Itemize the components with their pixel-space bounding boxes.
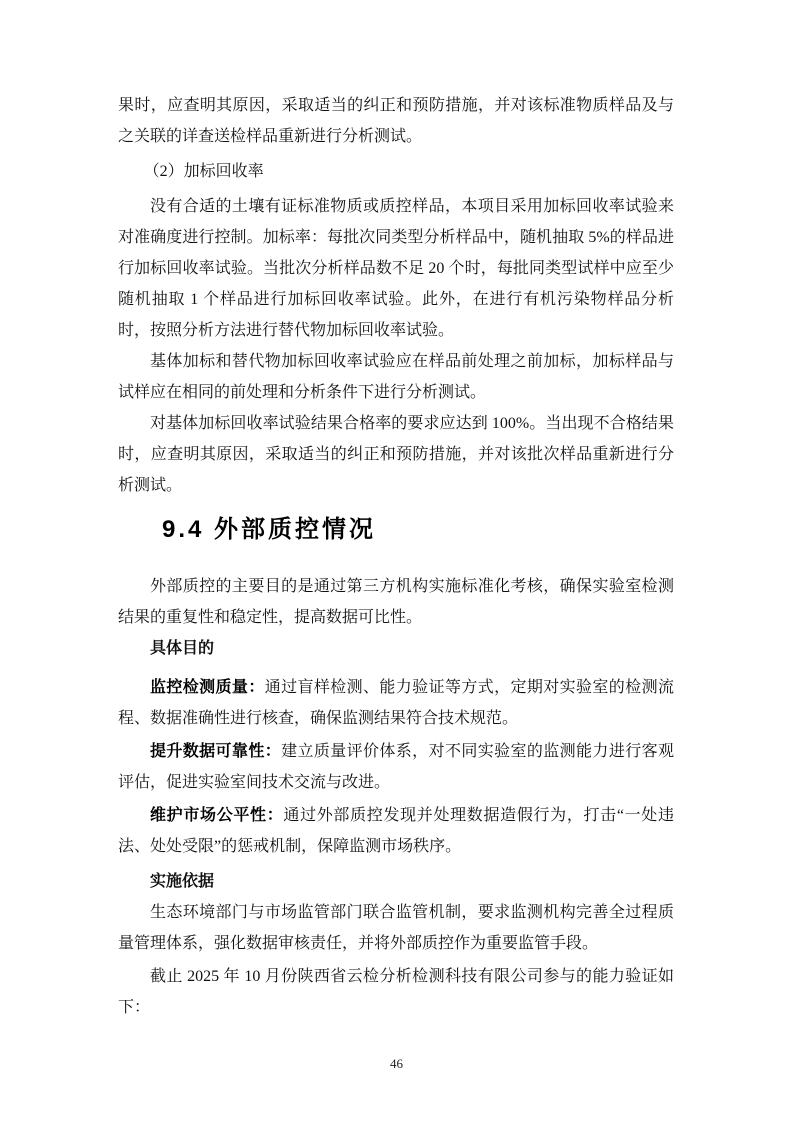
paragraph-goal-market-fairness: 维护市场公平性：通过外部质控发现并处理数据造假行为，打击“一处违法、处处受限”的… (118, 800, 674, 862)
paragraph-carryover: 果时，应查明其原因，采取适当的纠正和预防措施，并对该标准物质样品及与之关联的详查… (118, 90, 674, 152)
goal-monitor-quality-label: 监控检测质量： (150, 679, 265, 696)
paragraph-goal-data-reliability: 提升数据可靠性：建立质量评价体系，对不同实验室的监测能力进行客观评估，促进实验室… (118, 736, 674, 798)
page-number: 46 (0, 1056, 793, 1072)
paragraph-implementation-basis: 生态环境部门与市场监管部门联合监管机制，要求监测机构完善全过程质量管理体系，强化… (118, 897, 674, 959)
paragraph-matrix-spike: 基体加标和替代物加标回收率试验应在样品前处理之前加标，加标样品与试样应在相同的前… (118, 346, 674, 408)
subheading-implementation-basis: 实施依据 (118, 866, 674, 897)
goal-data-reliability-label: 提升数据可靠性： (150, 743, 281, 760)
list-item-spike-recovery-heading: （2）加标回收率 (118, 156, 674, 187)
document-body: 果时，应查明其原因，采取适当的纠正和预防措施，并对该标准物质样品及与之关联的详查… (118, 90, 674, 1023)
section-heading-9-4: 9.4 外部质控情况 (162, 513, 674, 547)
paragraph-external-qc-intro: 外部质控的主要目的是通过第三方机构实施标准化考核，确保实验室检测结果的重复性和稳… (118, 571, 674, 633)
paragraph-pass-rate: 对基体加标回收率试验结果合格率的要求应达到 100%。当出现不合格结果时，应查明… (118, 408, 674, 501)
goal-market-fairness-label: 维护市场公平性： (150, 807, 283, 824)
paragraph-goal-monitor-quality: 监控检测质量：通过盲样检测、能力验证等方式，定期对实验室的检测流程、数据准确性进… (118, 672, 674, 734)
paragraph-proficiency-testing-intro: 截止 2025 年 10 月份陕西省云检分析检测科技有限公司参与的能力验证如下： (118, 961, 674, 1023)
paragraph-spike-recovery: 没有合适的土壤有证标准物质或质控样品，本项目采用加标回收率试验来对准确度进行控制… (118, 191, 674, 346)
document-page: 果时，应查明其原因，采取适当的纠正和预防措施，并对该标准物质样品及与之关联的详查… (0, 0, 793, 1122)
subheading-specific-goals: 具体目的 (118, 633, 674, 664)
